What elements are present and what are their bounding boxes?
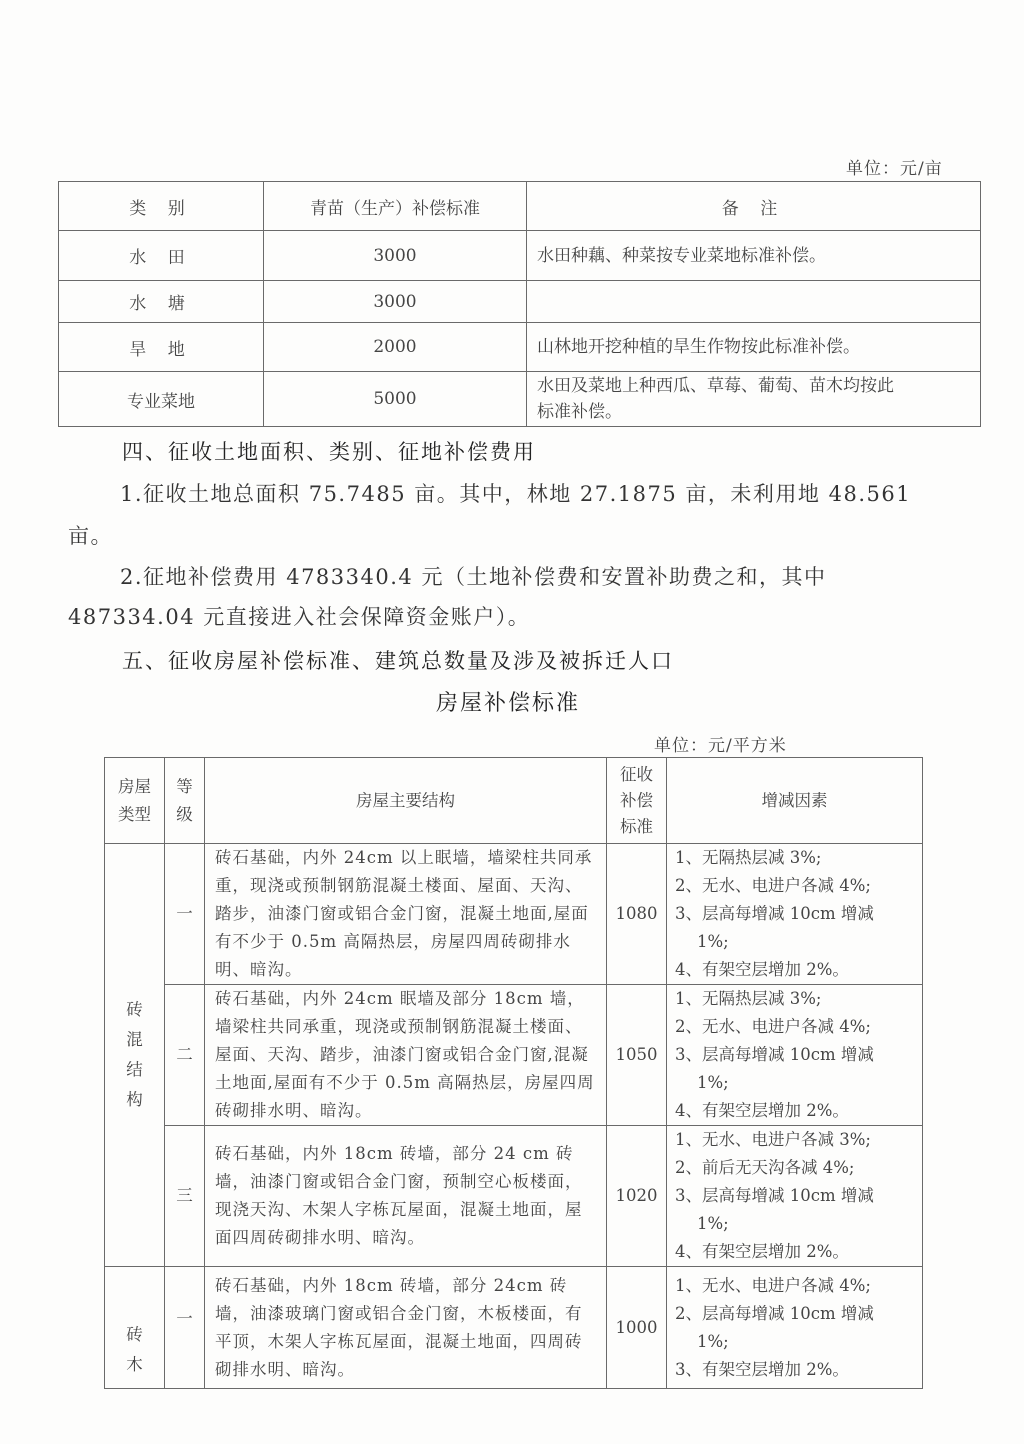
table-row: 旱 地 2000 山林地开挖种植的旱生作物按此标准补偿。 <box>59 323 981 372</box>
cell-note: 山林地开挖种植的旱生作物按此标准补偿。 <box>527 323 981 372</box>
header-line: 补偿 <box>607 788 666 814</box>
section4-heading: 四、征收土地面积、类别、征地补偿费用 <box>122 436 536 466</box>
header-line: 等 <box>165 773 204 801</box>
cell-structure: 砖石基础，内外 18cm 砖墙，部分 24 cm 砖墙，油漆门窗或铝合金门窗，预… <box>205 1126 607 1267</box>
table-row: 砖 木 一 砖石基础，内外 18cm 砖墙，部分 24cm 砖墙，油漆玻璃门窗或… <box>105 1267 923 1389</box>
type-char: 结 <box>126 1055 144 1085</box>
factor-item: 3、层高每增减 10cm 增减 <box>675 900 916 928</box>
cell-structure: 砖石基础，内外 18cm 砖墙，部分 24cm 砖墙，油漆玻璃门窗或铝合金门窗，… <box>205 1267 607 1389</box>
cell-standard: 1020 <box>607 1126 667 1267</box>
header-house-type: 房屋 类型 <box>105 758 165 844</box>
cell-type: 专业菜地 <box>59 372 264 427</box>
cell-factors: 1、无水、电进户各减 3%; 2、前后无天沟各减 4%; 3、层高每增减 10c… <box>667 1126 923 1267</box>
type-char: 木 <box>126 1350 144 1380</box>
cell-type: 水 田 <box>59 231 264 281</box>
factor-item: 1%; <box>675 1210 916 1238</box>
cell-grade: 一 <box>165 1267 205 1389</box>
cell-type: 水 塘 <box>59 281 264 323</box>
table-row: 二 砖石基础，内外 24cm 眠墙及部分 18cm 墙，墙梁柱共同承重，现浇或预… <box>105 985 923 1126</box>
header-factors: 增减因素 <box>667 758 923 844</box>
factor-item: 3、有架空层增加 2%。 <box>675 1356 916 1384</box>
cell-note: 水田及菜地上种西瓜、草莓、葡萄、苗木均按此 标准补偿。 <box>527 372 981 427</box>
table1-unit-label: 单位：元/亩 <box>846 154 943 179</box>
factor-item: 1%; <box>675 928 916 956</box>
cell-factors: 1、无隔热层减 3%; 2、无水、电进户各减 4%; 3、层高每增减 10cm … <box>667 985 923 1126</box>
table-row: 三 砖石基础，内外 18cm 砖墙，部分 24 cm 砖墙，油漆门窗或铝合金门窗… <box>105 1126 923 1267</box>
note-line: 水田及菜地上种西瓜、草莓、葡萄、苗木均按此 <box>537 373 980 399</box>
section4-item2-cont: 487334.04 元直接进入社会保障资金账户）。 <box>68 603 530 631</box>
table-row: 专业菜地 5000 水田及菜地上种西瓜、草莓、葡萄、苗木均按此 标准补偿。 <box>59 372 981 427</box>
house-type-vertical: 砖 混 结 构 <box>126 995 144 1115</box>
table2-title: 房屋补偿标准 <box>436 686 580 717</box>
header-category: 类 别 <box>59 182 264 231</box>
cell-structure: 砖石基础，内外 24cm 以上眠墙，墙梁柱共同承重，现浇或预制钢筋混凝土楼面、屋… <box>205 844 607 985</box>
header-note: 备 注 <box>527 182 981 231</box>
cell-house-type: 砖 混 结 构 <box>105 844 165 1267</box>
factor-item: 1、无隔热层减 3%; <box>675 844 916 872</box>
cell-standard: 3000 <box>264 281 527 323</box>
housing-compensation-table: 房屋 类型 等 级 房屋主要结构 征收 补偿 标准 增减因素 砖 混 结 构 一… <box>104 757 923 1389</box>
factor-item: 2、无水、电进户各减 4%; <box>675 1013 916 1041</box>
section4-item1-cont: 亩。 <box>68 522 113 550</box>
header-label: 类 别 <box>129 199 192 219</box>
factor-item: 3、层高每增减 10cm 增减 <box>675 1182 916 1210</box>
factor-item: 2、层高每增减 10cm 增减 <box>675 1300 916 1328</box>
factor-item: 1、无水、电进户各减 3%; <box>675 1126 916 1154</box>
factor-item: 1%; <box>675 1328 916 1356</box>
header-standard: 青苗（生产）补偿标准 <box>264 182 527 231</box>
factor-item: 4、有架空层增加 2%。 <box>675 1238 916 1266</box>
header-standard: 征收 补偿 标准 <box>607 758 667 844</box>
table-header-row: 房屋 类型 等 级 房屋主要结构 征收 补偿 标准 增减因素 <box>105 758 923 844</box>
header-label: 备 注 <box>722 199 785 219</box>
factor-item: 2、无水、电进户各减 4%; <box>675 872 916 900</box>
crop-compensation-table: 类 别 青苗（生产）补偿标准 备 注 水 田 3000 水田种藕、种菜按专业菜地… <box>58 181 981 427</box>
note-line: 标准补偿。 <box>537 399 980 425</box>
cell-standard: 1000 <box>607 1267 667 1389</box>
header-grade: 等 级 <box>165 758 205 844</box>
section4-item2: 2.征地补偿费用 4783340.4 元（土地补偿费和安置补助费之和，其中 <box>120 563 826 591</box>
table2-unit-label: 单位：元/平方米 <box>654 731 787 756</box>
header-line: 级 <box>165 801 204 829</box>
table-row: 水 塘 3000 <box>59 281 981 323</box>
factor-item: 1%; <box>675 1069 916 1097</box>
section5-heading: 五、征收房屋补偿标准、建筑总数量及涉及被拆迁人口 <box>122 645 674 675</box>
cell-type: 旱 地 <box>59 323 264 372</box>
header-line: 类型 <box>105 801 164 829</box>
type-char: 砖 <box>126 995 144 1025</box>
type-char: 混 <box>126 1025 144 1055</box>
factor-item: 4、有架空层增加 2%。 <box>675 956 916 984</box>
cell-standard: 5000 <box>264 372 527 427</box>
factor-item: 1、无隔热层减 3%; <box>675 985 916 1013</box>
cell-note: 水田种藕、种菜按专业菜地标准补偿。 <box>527 231 981 281</box>
cell-grade: 三 <box>165 1126 205 1267</box>
cell-standard: 2000 <box>264 323 527 372</box>
header-structure: 房屋主要结构 <box>205 758 607 844</box>
header-line: 征收 <box>607 762 666 788</box>
cell-note <box>527 281 981 323</box>
cell-standard: 3000 <box>264 231 527 281</box>
table-row: 水 田 3000 水田种藕、种菜按专业菜地标准补偿。 <box>59 231 981 281</box>
factor-item: 2、前后无天沟各减 4%; <box>675 1154 916 1182</box>
type-char: 砖 <box>126 1320 144 1350</box>
cell-grade: 二 <box>165 985 205 1126</box>
factor-item: 1、无水、电进户各减 4%; <box>675 1272 916 1300</box>
factor-item: 3、层高每增减 10cm 增减 <box>675 1041 916 1069</box>
cell-standard: 1080 <box>607 844 667 985</box>
header-line: 房屋 <box>105 773 164 801</box>
cell-structure: 砖石基础，内外 24cm 眠墙及部分 18cm 墙，墙梁柱共同承重，现浇或预制钢… <box>205 985 607 1126</box>
table-header-row: 类 别 青苗（生产）补偿标准 备 注 <box>59 182 981 231</box>
factor-item: 4、有架空层增加 2%。 <box>675 1097 916 1125</box>
house-type-vertical: 砖 木 <box>126 1320 144 1380</box>
cell-standard: 1050 <box>607 985 667 1126</box>
cell-grade: 一 <box>165 844 205 985</box>
cell-factors: 1、无隔热层减 3%; 2、无水、电进户各减 4%; 3、层高每增减 10cm … <box>667 844 923 985</box>
section4-item1: 1.征收土地总面积 75.7485 亩。其中，林地 27.1875 亩，未利用地… <box>120 480 911 508</box>
type-char: 构 <box>126 1085 144 1115</box>
cell-factors: 1、无水、电进户各减 4%; 2、层高每增减 10cm 增减 1%; 3、有架空… <box>667 1267 923 1389</box>
table-row: 砖 混 结 构 一 砖石基础，内外 24cm 以上眠墙，墙梁柱共同承重，现浇或预… <box>105 844 923 985</box>
header-line: 标准 <box>607 814 666 840</box>
cell-house-type: 砖 木 <box>105 1267 165 1389</box>
